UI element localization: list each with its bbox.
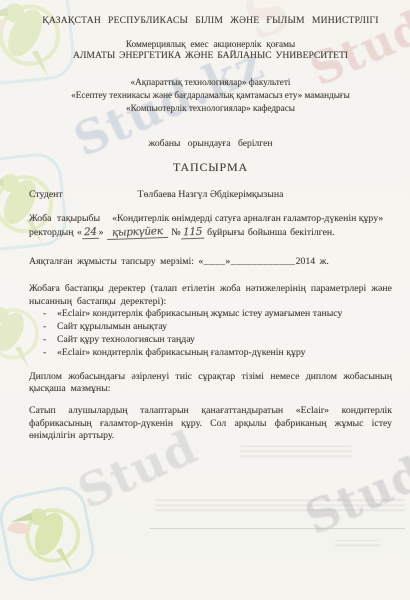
initial-data-intro: Жобаға бастапқы деректер (талап етілетін… — [29, 283, 392, 308]
order-number-sign: № — [171, 227, 180, 238]
diploma-summary: Сатып алушылардың талаптарын қанағаттанд… — [29, 405, 392, 442]
deadline-label: Аяқталған жұмысты тапсыру мерзімі: — [29, 256, 194, 267]
handwritten-day: 24 — [82, 226, 99, 240]
assignment-pre-title: жобаны орындауға берілген — [29, 138, 392, 149]
deadline-day-blank: «____» — [198, 256, 230, 267]
university-name: АЛМАТЫ ЭНЕРГЕТИКА ЖӘНЕ БАЙЛАНЫС УНИВЕРСИ… — [29, 50, 392, 61]
dash-bullet: - — [29, 347, 57, 360]
student-label: Студент — [29, 189, 63, 200]
society-type-line: Коммерциялық емес акционерлік қоғамы — [29, 39, 392, 49]
approval-prefix: ректордың — [29, 227, 74, 238]
faculty-line: «Ақпараттық технологиялар» факультеті — [29, 76, 392, 89]
department-line: «Компьютерлік технологиялар» кафедрасы — [29, 102, 392, 115]
list-item: - Сайт құрылымын анықтау — [29, 321, 392, 334]
document-body: ҚАЗАҚСТАН РЕСПУБЛИКАСЫ БІЛІМ ЖӘНЕ ҒЫЛЫМ … — [0, 0, 410, 600]
ministry-header: ҚАЗАҚСТАН РЕСПУБЛИКАСЫ БІЛІМ ЖӘНЕ ҒЫЛЫМ … — [31, 15, 390, 26]
deadline-line: Аяқталған жұмысты тапсыру мерзімі: «____… — [29, 256, 392, 268]
dash-bullet: - — [29, 308, 57, 321]
list-item: - Сайт құру технологиясын таңдау — [29, 334, 392, 347]
quote-close: » — [99, 227, 104, 238]
rector-approval-line: ректордың «24» қыркүйек №115 бұйрығы бой… — [29, 226, 392, 239]
deadline-month-blank: ____________ — [231, 256, 296, 267]
list-item: - «Eclair» кондитерлік фабрикасының жұмы… — [29, 308, 392, 321]
dash-bullet: - — [29, 334, 57, 347]
list-item-text: «Eclair» кондитерлік фабрикасының ғаламт… — [57, 347, 392, 360]
list-item-text: Сайт құру технологиясын таңдау — [57, 334, 392, 347]
list-item-text: Сайт құрылымын анықтау — [57, 321, 392, 334]
scanned-assignment-page: S Stud.kz Stud.kz Stud Stud.kz ҚАЗАҚСТАН… — [0, 0, 410, 600]
handwritten-order-number: 115 — [180, 226, 204, 240]
project-topic-value: «Кондитерлік өнімдерді сатуға арналған ғ… — [112, 213, 383, 224]
handwritten-month: қыркүйек — [107, 225, 168, 241]
student-row: Студент Төлбаева Назгүл Әбдікерімқызына — [29, 189, 392, 200]
list-item-text: «Eclair» кондитерлік фабрикасының жұмыс … — [57, 308, 392, 321]
dash-bullet: - — [29, 321, 57, 334]
project-topic: Жоба тақырыбы«Кондитерлік өнімдерді сату… — [29, 213, 392, 225]
project-topic-label: Жоба тақырыбы — [29, 213, 100, 224]
approval-suffix: бұйрығы бойынша бекітілген. — [207, 227, 334, 238]
student-name: Төлбаева Назгүл Әбдікерімқызына — [138, 189, 284, 200]
list-item: - «Eclair» кондитерлік фабрикасының ғала… — [29, 347, 392, 360]
deadline-year: 2014 ж. — [296, 256, 329, 267]
faculty-block: «Ақпараттық технологиялар» факультеті «Е… — [29, 76, 392, 115]
speciality-line: «Есептеу техникасы және бағдарламалық қа… — [29, 89, 392, 102]
page-title: ТАПСЫРМА — [29, 160, 392, 175]
diploma-questions-intro: Диплом жобасындағы әзірленуі тиіс сұрақт… — [29, 371, 392, 396]
